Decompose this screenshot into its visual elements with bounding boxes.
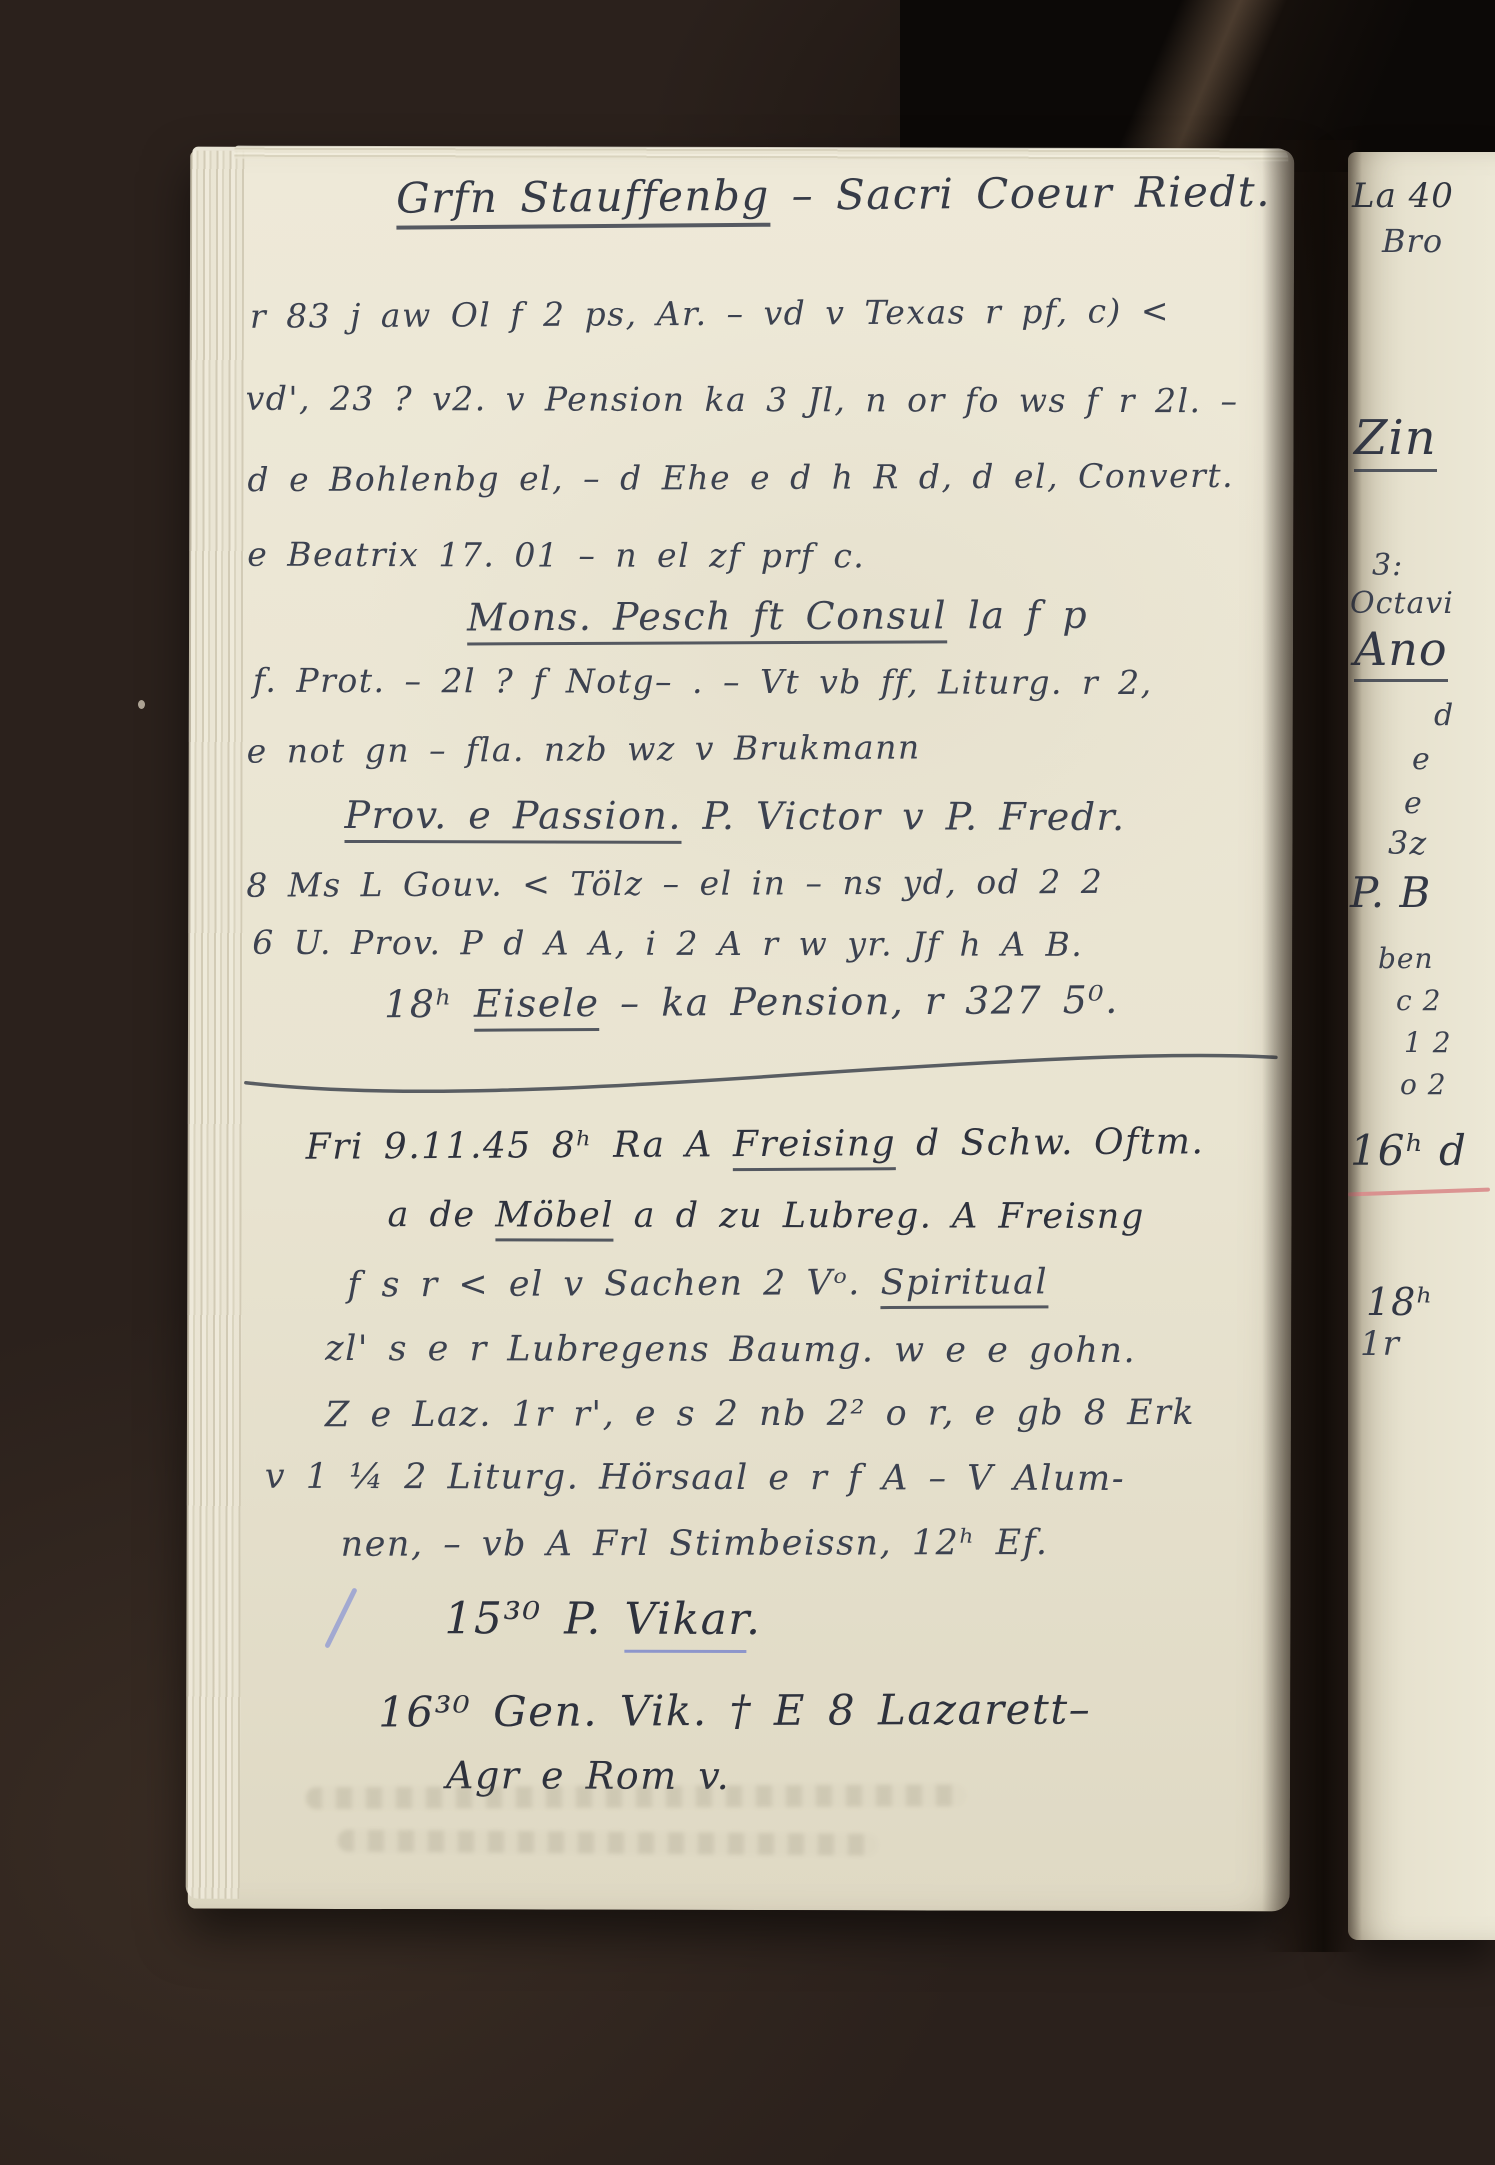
right-page-fragment: P. B	[1350, 868, 1431, 917]
text-segment: – ka Pension, r 327 5⁰.	[599, 978, 1119, 1025]
underlined-text: Freising	[733, 1123, 897, 1171]
right-page-fragment: e	[1404, 786, 1423, 821]
right-page-fragment: 18ʰ	[1366, 1280, 1434, 1324]
text-segment: v 1 ¼ 2 Liturg. Hörsaal e r f A – V Alum…	[265, 1457, 1125, 1499]
handwritten-line: zl' s e r Lubregens Baumg. w e e gohn.	[325, 1329, 1136, 1371]
text-segment: Z e Laz. 1r r', e s 2 nb 2² o r, e gb 8 …	[325, 1393, 1195, 1435]
right-page-fragment: 1r	[1360, 1324, 1400, 1364]
left-page: Grfn Stauffenbg – Sacri Coeur Riedt. r 8…	[188, 147, 1295, 1912]
ink-showthrough	[306, 1784, 966, 1809]
text-segment: f s r < el v Sachen 2 Vᵒ.	[347, 1263, 880, 1305]
underlined-text: Möbel	[495, 1195, 614, 1241]
blue-underlined-text: Vikar	[624, 1594, 746, 1653]
right-page-fragment: c 2	[1396, 984, 1441, 1017]
notebook-photo: { "colors": { "ink": "#3c4250", "ink_dar…	[0, 0, 1495, 2165]
page-edge-stack-left	[186, 151, 245, 1899]
handwritten-line: e Beatrix 17. 01 – n el zf prf c.	[247, 535, 865, 576]
red-pencil-underline	[1348, 1188, 1490, 1197]
underlined-text: Eisele	[474, 981, 600, 1032]
underlined-text: Grfn Stauffenbg	[396, 171, 770, 230]
right-page-fragment: Ano	[1354, 622, 1448, 676]
entry-15-30-vikar: 15³⁰ P. Vikar.	[444, 1593, 761, 1645]
text-segment: e Beatrix 17. 01 – n el zf prf c.	[247, 535, 865, 576]
underlined-text: Ano	[1354, 622, 1448, 682]
entry-heading-stauffenberg: Grfn Stauffenbg – Sacri Coeur Riedt.	[396, 167, 1271, 223]
handwritten-line: vd', 23 ? v2. v Pension ka 3 Jl, n or fo…	[246, 379, 1239, 421]
text-segment: 8 Ms L Gouv. < Tölz – el in – ns yd, od …	[246, 862, 1103, 905]
right-page-fragment: e	[1412, 742, 1431, 777]
dust-speck	[138, 700, 145, 709]
text-segment: 15³⁰ P.	[444, 1593, 624, 1644]
entry-16-30-gen-vik: 16³⁰ Gen. Vik. † E 8 Lazarett–	[378, 1684, 1091, 1736]
text-segment: Fri 9.11.45 8ʰ Ra A	[306, 1124, 733, 1168]
entry-heading-passion: Prov. e Passion. P. Victor v P. Fredr.	[345, 793, 1126, 839]
right-page-fragment: 16ʰ d	[1350, 1126, 1467, 1175]
right-page-fragment: o 2	[1400, 1068, 1447, 1101]
text-segment: 18ʰ	[384, 982, 474, 1027]
text-segment: a d zu Lubreg. A Freisng	[614, 1196, 1145, 1237]
handwritten-line: f. Prot. – 2l ? f Notg– . – Vt vb ff, Li…	[253, 661, 1153, 702]
text-segment: zl' s e r Lubregens Baumg. w e e gohn.	[325, 1329, 1136, 1371]
handwritten-line: v 1 ¼ 2 Liturg. Hörsaal e r f A – V Alum…	[265, 1457, 1125, 1499]
text-segment: a de	[387, 1195, 495, 1235]
handwritten-line: Z e Laz. 1r r', e s 2 nb 2² o r, e gb 8 …	[325, 1393, 1195, 1435]
section-divider-rule	[242, 1039, 1282, 1112]
handwritten-line: 8 Ms L Gouv. < Tölz – el in – ns yd, od …	[246, 862, 1103, 905]
text-segment: d Schw. Oftm.	[896, 1121, 1205, 1164]
handwritten-line: e not gn – fla. nzb wz v Brukmann	[247, 728, 921, 771]
handwritten-line: d e Bohlenbg el, – d Ehe e d h R d, d el…	[247, 456, 1234, 499]
underlined-text: Zin	[1354, 410, 1437, 472]
right-page-fragment: ben	[1378, 942, 1434, 975]
handwritten-line: a de Möbel a d zu Lubreg. A Freisng	[387, 1195, 1144, 1237]
right-page-fragment: Bro	[1382, 222, 1443, 260]
right-page-fragment: 3z	[1388, 824, 1427, 862]
right-page-fragment: Octavi	[1350, 586, 1454, 621]
text-segment: f. Prot. – 2l ? f Notg– . – Vt vb ff, Li…	[253, 661, 1153, 702]
right-page-fragment: Zin	[1354, 410, 1437, 466]
text-segment: d e Bohlenbg el, – d Ehe e d h R d, d el…	[247, 456, 1234, 499]
text-segment: – Sacri Coeur Riedt.	[770, 167, 1272, 220]
underlined-text: Spiritual	[880, 1262, 1048, 1309]
ink-showthrough	[338, 1830, 878, 1856]
right-page-fragment: 1 2	[1404, 1026, 1452, 1059]
underlined-text: Prov. e Passion.	[344, 793, 682, 844]
entry-eisele: 18ʰ Eisele – ka Pension, r 327 5⁰.	[384, 978, 1119, 1026]
page-edge-stack-top	[234, 146, 1288, 162]
text-segment: 6 U. Prov. P d A A, i 2 A r w yr. Jf h A…	[252, 923, 1083, 964]
right-page-fragment: d	[1434, 698, 1454, 733]
text-segment: nen, – vb A Frl Stimbeissn, 12ʰ Ef.	[341, 1523, 1049, 1565]
entry-date-9-11-45: Fri 9.11.45 8ʰ Ra A Freising d Schw. Oft…	[306, 1121, 1205, 1167]
text-segment: e not gn – fla. nzb wz v Brukmann	[247, 728, 921, 771]
text-segment: .	[746, 1594, 762, 1645]
text-segment: vd', 23 ? v2. v Pension ka 3 Jl, n or fo…	[246, 379, 1239, 421]
book-cover	[900, 0, 1495, 172]
blue-pencil-mark	[324, 1587, 358, 1648]
text-segment: la f p	[947, 593, 1088, 638]
entry-heading-pesch: Mons. Pesch ft Consul la f p	[467, 593, 1088, 640]
right-page-fragment: 3:	[1372, 548, 1403, 583]
text-segment: P. Victor v P. Fredr.	[682, 794, 1126, 839]
handwritten-line: nen, – vb A Frl Stimbeissn, 12ʰ Ef.	[341, 1523, 1049, 1565]
text-segment: r 83 j aw Ol f 2 ps, Ar. – vd v Texas r …	[250, 291, 1170, 336]
underlined-text: Mons. Pesch ft Consul	[467, 593, 947, 645]
text-segment: 16³⁰ Gen. Vik. † E 8 Lazarett–	[378, 1684, 1091, 1736]
handwritten-line: r 83 j aw Ol f 2 ps, Ar. – vd v Texas r …	[250, 291, 1170, 336]
right-page-fragment: La 40	[1352, 176, 1454, 216]
right-page: La 40 Bro Zin 3: Octavi Ano d e e 3z P. …	[1348, 152, 1495, 1940]
handwritten-line: f s r < el v Sachen 2 Vᵒ. Spiritual	[347, 1262, 1048, 1305]
handwritten-line: 6 U. Prov. P d A A, i 2 A r w yr. Jf h A…	[252, 923, 1083, 964]
